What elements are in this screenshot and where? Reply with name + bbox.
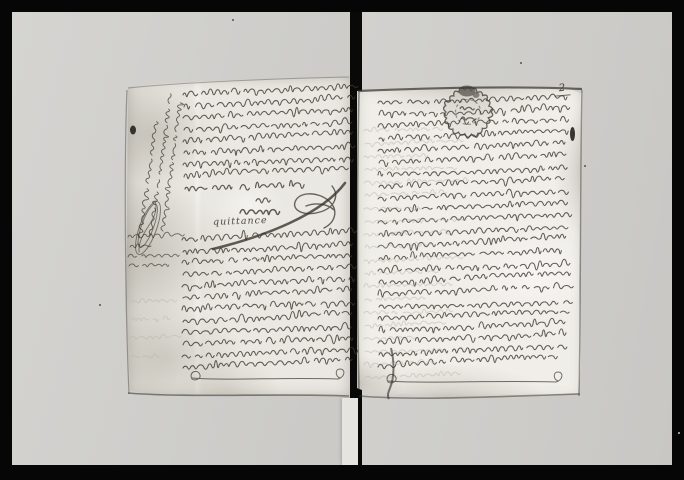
dust-speck: [678, 432, 680, 434]
microfilm-scan: 2 quittance: [0, 0, 684, 480]
manuscript-page-left: [126, 77, 350, 397]
manuscript-page-right: [357, 85, 583, 399]
folio-number: 2: [553, 82, 570, 96]
spine-light-sliver: [342, 398, 358, 465]
quittance-word: quittance: [213, 215, 268, 228]
